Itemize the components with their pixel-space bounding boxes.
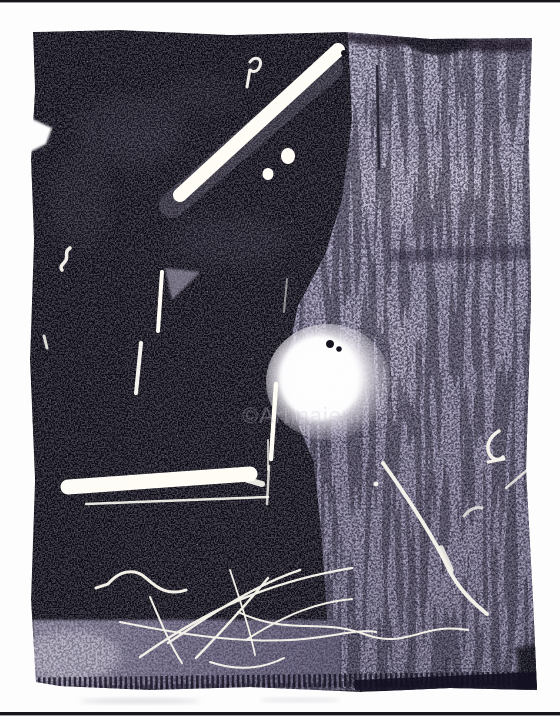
print-surface	[24, 28, 542, 696]
photo-edge-bottom	[0, 712, 560, 715]
watermark: ©Artmajeur	[242, 403, 364, 428]
margin-smudge	[260, 698, 340, 703]
margin-smudge	[80, 698, 200, 704]
artwork-photo: ©Artmajeur	[0, 0, 560, 720]
monotype-print-image: ©Artmajeur	[0, 0, 560, 720]
photo-edge-top	[0, 0, 560, 2]
film-grain	[28, 28, 540, 694]
